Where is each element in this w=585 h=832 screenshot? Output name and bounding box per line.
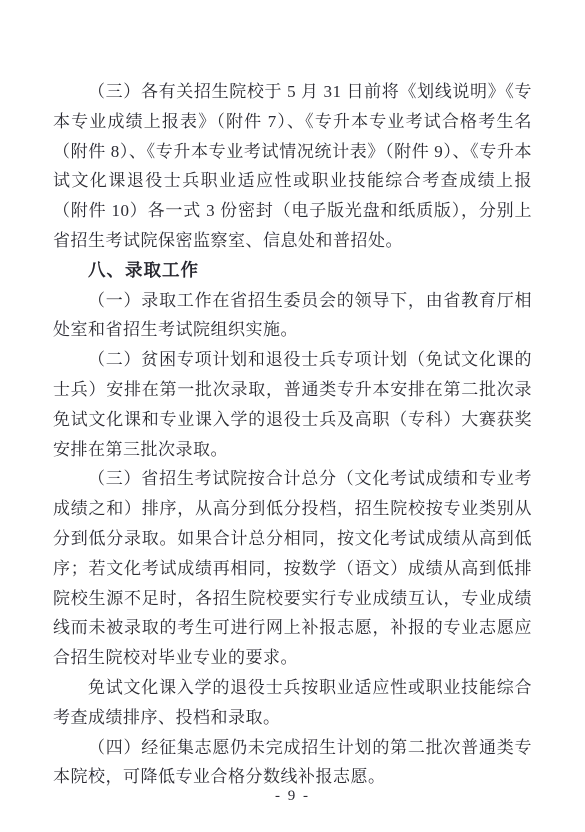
text-line: 免试文化课入学的退役士兵按职业适应性或职业技能综合 <box>53 673 532 703</box>
text-body: （三）各有关招生院校于 5 月 31 日前将《划线说明》《专升 本专业成绩上报表… <box>53 77 532 792</box>
text-line: 合招生院校对毕业专业的要求。 <box>53 643 532 673</box>
text-line: （二）贫困专项计划和退役士兵专项计划（免试文化课的退役 <box>53 345 532 375</box>
text-line: 处室和省招生考试院组织实施。 <box>53 315 532 345</box>
text-line: 成绩之和）排序，从高分到低分投档，招生院校按专业类别从高 <box>53 494 532 524</box>
text-line: （三）省招生考试院按合计总分（文化考试成绩和专业考试 <box>53 464 532 494</box>
page-number: - 9 - <box>0 788 585 805</box>
text-line: （四）经征集志愿仍未完成招生计划的第二批次普通类专升 <box>53 733 532 763</box>
text-line: 考查成绩排序、投档和录取。 <box>53 703 532 733</box>
text-line: 免试文化课和专业课入学的退役士兵及高职（专科）大赛获奖学生 <box>53 405 532 435</box>
text-line: （附件 10）各一式 3 份密封（电子版光盘和纸质版），分别上报 <box>53 196 532 226</box>
text-line: 线而未被录取的考生可进行网上补报志愿，补报的专业志愿应符 <box>53 613 532 643</box>
text-line: 本专业成绩上报表》（附件 7）、《专升本专业考试合格考生名单》 <box>53 107 532 137</box>
text-line: 省招生考试院保密监察室、信息处和普招处。 <box>53 226 532 256</box>
text-line: 院校生源不足时，各招生院校要实行专业成绩互认，专业成绩上 <box>53 584 532 614</box>
text-line: 试文化课退役士兵职业适应性或职业技能综合考查成绩上报表》 <box>53 166 532 196</box>
text-line: 分到低分录取。如果合计总分相同，按文化考试成绩从高到低排 <box>53 524 532 554</box>
text-line: （三）各有关招生院校于 5 月 31 日前将《划线说明》《专升 <box>53 77 532 107</box>
text-line: 安排在第三批次录取。 <box>53 435 532 465</box>
text-line: 士兵）安排在第一批次录取，普通类专升本安排在第二批次录取， <box>53 375 532 405</box>
text-line: 序；若文化考试成绩再相同，按数学（语文）成绩从高到低排序。 <box>53 554 532 584</box>
text-line: （一）录取工作在省招生委员会的领导下，由省教育厅相关 <box>53 286 532 316</box>
text-line: （附件 8）、《专升本专业考试情况统计表》（附件 9）、《专升本免 <box>53 137 532 167</box>
document-page: （三）各有关招生院校于 5 月 31 日前将《划线说明》《专升 本专业成绩上报表… <box>0 0 585 832</box>
section-heading: 八、录取工作 <box>53 256 532 286</box>
